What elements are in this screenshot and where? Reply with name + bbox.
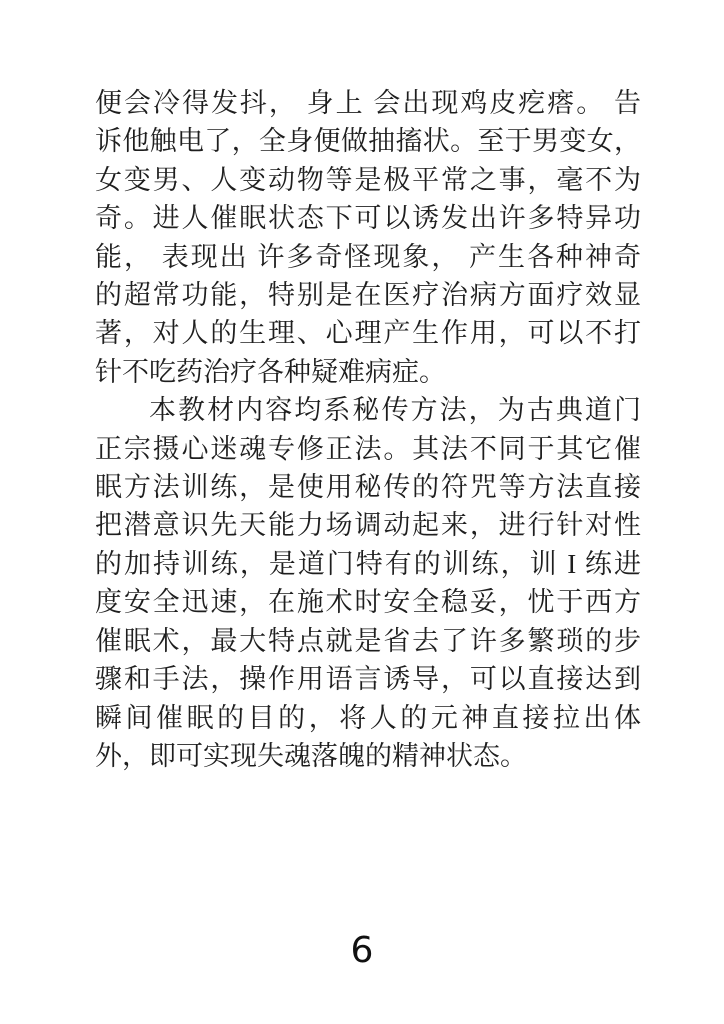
text-line: 诉他触电了，全身便做抽搐状。至于男变女， [95,122,641,160]
text-line: 的超常功能，特别是在医疗治病方面疗效显 [95,276,641,314]
text-line: 眠方法训练，是使用秘传的符咒等方法直接 [95,468,641,506]
text-line: 针不吃药治疗各种疑难病症。 [95,353,641,391]
text-line: 骤和手法，操作用语言诱导，可以直接达到 [95,660,641,698]
text-line: 本教材内容均系秘传方法，为古典道门 [95,391,641,429]
text-line: 著，对人的生理、心理产生作用，可以不打 [95,314,641,352]
text-line: 正宗摄心迷魂专修正法。其法不同于其它催 [95,430,641,468]
text-line: 把潜意识先天能力场调动起来，进行针对性 [95,506,641,544]
text-line: 外，即可实现失魂落魄的精神状态。 [95,737,641,775]
text-line: 的加持训练，是道门特有的训练，训 I 练进 [95,545,641,583]
body-text: 便会冷得发抖， 身上 会出现鸡皮疙瘩。 告 诉他触电了，全身便做抽搐状。至于男变… [95,84,641,775]
text-line: 便会冷得发抖， 身上 会出现鸡皮疙瘩。 告 [95,84,641,122]
text-line: 瞬间催眠的目的，将人的元神直接拉出体 [95,699,641,737]
text-line: 奇。进人催眠状态下可以诱发出许多特异功 [95,199,641,237]
text-line: 能， 表现出 许多奇怪现象， 产生各种神奇 [95,238,641,276]
text-line: 女变男、人变动物等是极平常之事，毫不为 [95,161,641,199]
page-number: 6 [0,933,724,969]
document-page: 便会冷得发抖， 身上 会出现鸡皮疙瘩。 告 诉他触电了，全身便做抽搐状。至于男变… [0,0,724,1024]
text-line: 度安全迅速，在施术时安全稳妥，忧于西方 [95,583,641,621]
text-line: 催眠术，最大特点就是省去了许多繁琐的步 [95,622,641,660]
